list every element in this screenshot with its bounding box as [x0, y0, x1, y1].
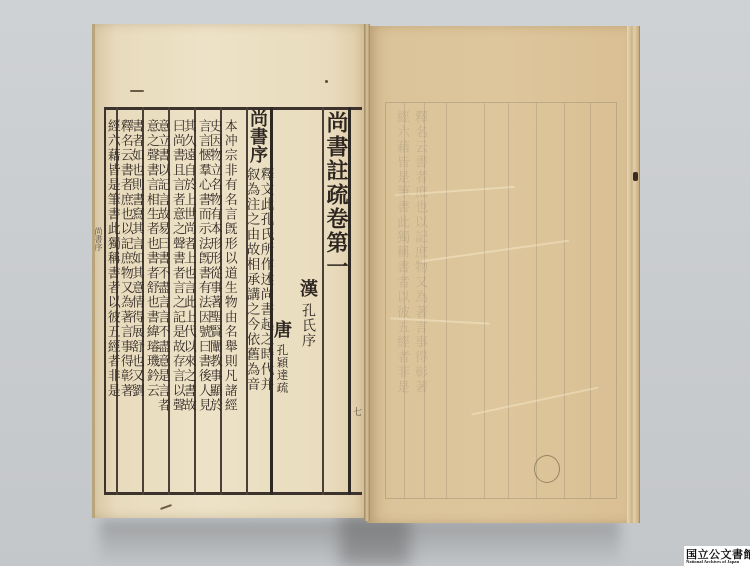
margin-label: 尚書序 — [94, 227, 102, 251]
text-column-3: 本冲宗非有名言旣形以道生物由名舉則凡諸經 — [222, 119, 235, 413]
bleed-through-text: 釋名云書者庶也以記庶物又為著言事得彰著 — [410, 110, 429, 395]
ghost-rule — [446, 103, 447, 498]
volume-title: 尚書註疏卷第一 — [325, 111, 347, 279]
edge-spot — [633, 172, 638, 181]
bleed-through-text: 經六藉皆是筆書此獨稱書者以彼五經者非是 — [392, 110, 411, 395]
author-dynasty-tang: 唐 — [272, 320, 290, 339]
ink-speck — [130, 90, 144, 92]
author-han-name: 孔氏序 — [301, 303, 315, 348]
author-dynasty-han: 漢 — [298, 279, 316, 298]
printed-frame: 尚書註疏卷第一 漢 孔氏序 唐 孔穎達疏 尚書序 釋文此孔氏所作述尚書起之時代并… — [104, 107, 362, 495]
ink-speck — [325, 80, 328, 83]
section-heading: 尚書序 — [248, 109, 266, 163]
ghost-rule — [564, 103, 565, 498]
text-column-9: 意之聲書言相生者也書者舒也書緯璿璣鈐云 — [144, 119, 157, 398]
paper-stain — [534, 455, 560, 483]
text-column-1: 釋文此孔氏所作述尚書起之時代并 — [258, 167, 272, 392]
ghost-rule — [484, 103, 485, 498]
watermark-english: National Archives of Japan — [686, 559, 739, 564]
ghost-rule — [508, 103, 509, 498]
book-spine — [364, 24, 370, 521]
author-tang-name: 孔穎達疏 — [276, 344, 288, 394]
text-column-5: 言言愜羣心書而示法旣書有法因號曰書後人見 — [196, 119, 209, 413]
page-edges — [627, 26, 640, 523]
text-column-7: 曰尚書且言者意之聲書者言之記是故存言以聲 — [170, 119, 183, 413]
ghost-rule — [590, 103, 591, 498]
ghost-rule — [536, 103, 537, 498]
archive-watermark-logo: 国立公文書館 National Archives of Japan — [684, 546, 750, 566]
fold-page-number: 七 — [351, 407, 360, 416]
text-column-12: 經六藉皆是筆書此獨稱書者以彼五經者非是 — [105, 119, 118, 398]
text-column-2: 叙為注之由故相承講之今依舊為音 — [244, 167, 258, 392]
